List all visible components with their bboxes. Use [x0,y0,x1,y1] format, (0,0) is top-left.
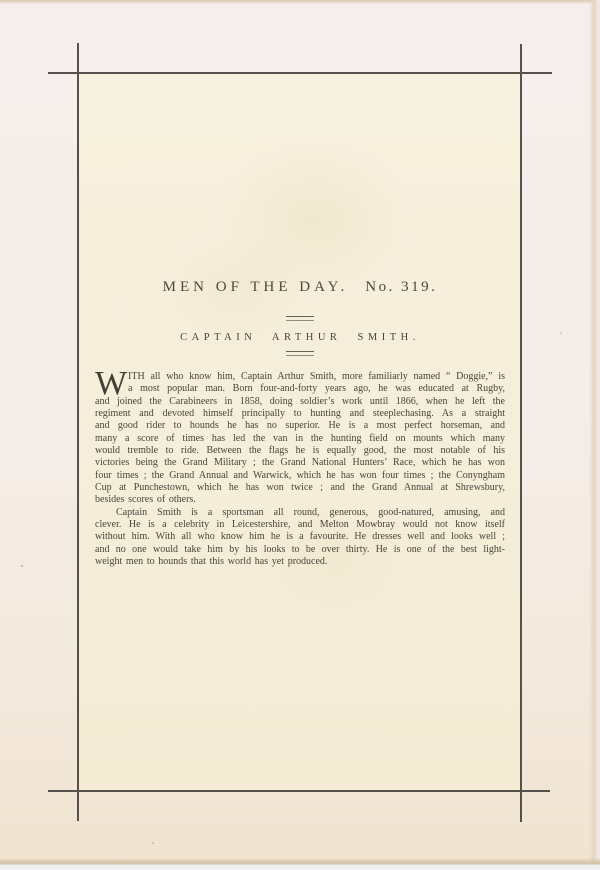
body-line: regiment and devoted himself principally… [95,408,505,420]
series-title: MEN OF THE DAY. [163,279,349,295]
ornament-rule-upper [286,316,314,321]
frame-rule-right [520,44,522,822]
body-line: a most popular man. Born four-and-forty … [95,383,505,395]
frame-rule-top [48,72,552,74]
body-line: clever. He is a celebrity in Leicestersh… [95,519,505,531]
paper-speck [21,565,23,567]
body-line: Cup at Punchestown, which he has won twi… [95,482,505,494]
paper-edge-right [589,0,600,870]
scanned-page: MEN OF THE DAY.No. 319. CAPTAIN ARTHUR S… [0,0,600,870]
paper-edge-bottom [0,858,600,870]
body-line: ITH all who know him, Captain Arthur Smi… [95,371,505,383]
frame-rule-left [77,43,79,821]
body-line: weight men to hounds that this world has… [95,556,505,568]
body-line: Captain Smith is a sportsman all round, … [95,507,505,519]
paper-edge-top [0,0,600,4]
body-line: would tremble to ride. Between the flags… [95,445,505,457]
body-line: without him. With all who know him he is… [95,531,505,543]
body-line: many a score of times has led the van in… [95,433,505,445]
drop-cap: W [95,371,128,395]
subject-name: CAPTAIN ARTHUR SMITH. [0,332,600,343]
series-title-line: MEN OF THE DAY.No. 319. [0,279,600,296]
ornament-rule-lower [286,351,314,356]
body-line: four times ; the Grand Annual and Warwic… [95,470,505,482]
body-line: and good rider to hounds he has no super… [95,420,505,432]
series-number: No. 319. [365,279,437,295]
body-line: and no one would take him by his looks t… [95,544,505,556]
body-line: victories being the Grand Military ; the… [95,457,505,469]
body-line: besides scores of others. [95,494,505,506]
frame-rule-bottom [48,790,550,792]
body-line: and joined the Carabineers in 1858, doin… [95,396,505,408]
paper-speck [152,842,154,844]
body-text: W ITH all who know him, Captain Arthur S… [95,371,505,569]
